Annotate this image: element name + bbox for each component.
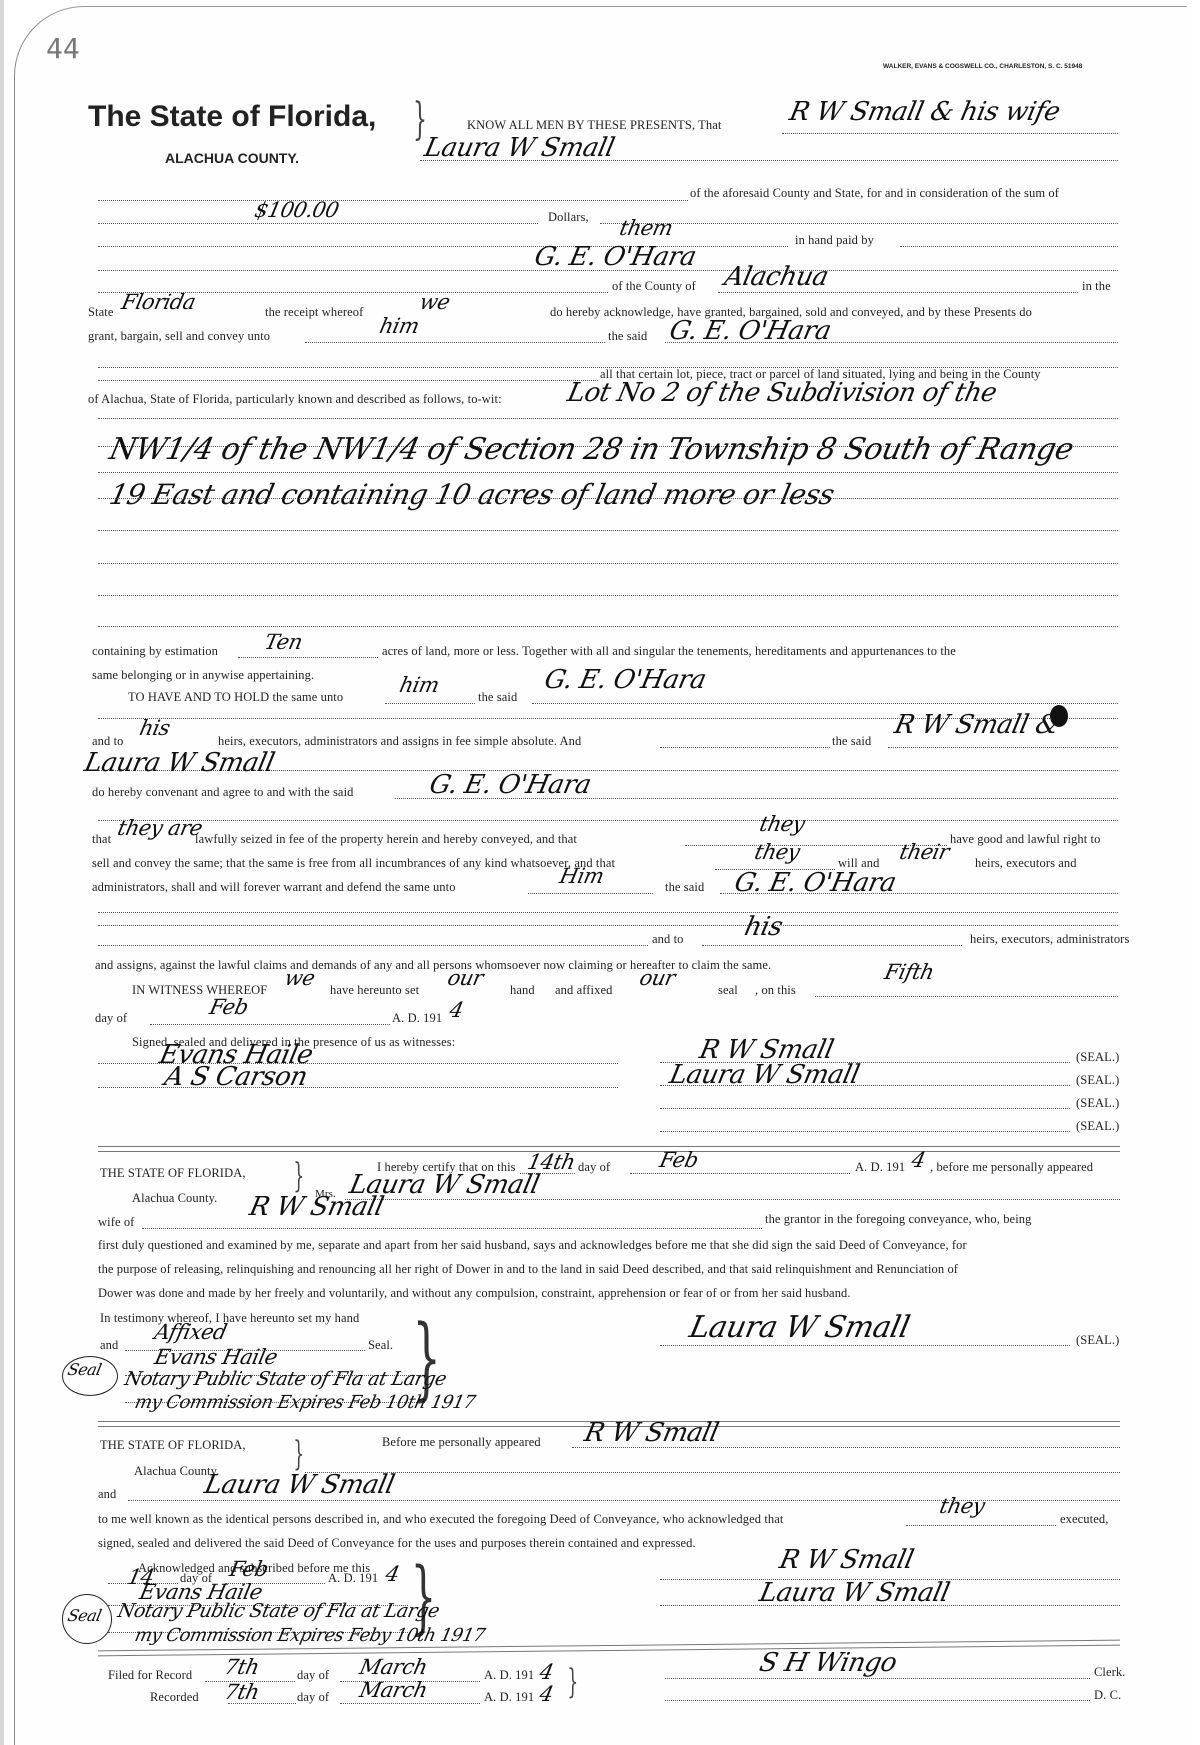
handwritten-said-grantor-2: Laura W Small [82, 748, 277, 778]
handwritten-affixed: Affixed [152, 1320, 228, 1344]
handwritten-recorded-month: March [357, 1678, 429, 1702]
text: Dollars, [548, 210, 589, 225]
brace: } [413, 94, 427, 145]
text: lawfully seized in fee of the property h… [195, 832, 577, 847]
handwritten-person-1: R W Small [582, 1418, 721, 1448]
handwritten-person-2: Laura W Small [202, 1470, 397, 1500]
text: Seal. [368, 1338, 393, 1353]
text: that [92, 832, 111, 847]
seal-label: (SEAL.) [1076, 1096, 1119, 1111]
handwritten-ack2-month: Feb [227, 1557, 270, 1581]
text: the said [608, 329, 647, 344]
handwritten-day: Fifth [882, 960, 936, 984]
seal-mark-text: Seal [66, 1360, 103, 1379]
text: day of [95, 1011, 127, 1026]
handwritten-him: him [377, 314, 421, 338]
text: State [88, 305, 114, 320]
text: signed, sealed and delivered the said De… [98, 1536, 696, 1551]
handwritten-grantee: G. E. O'Hara [532, 242, 699, 272]
handwritten-county: Alachua [722, 262, 831, 292]
text: acres of land, more or less. Together wi… [382, 644, 956, 659]
text: and affixed [555, 983, 612, 998]
deed-intro: KNOW ALL MEN BY THESE PRESENTS, That [467, 118, 721, 133]
handwritten-him-2: Him [557, 864, 606, 888]
text: same belonging or in anywise appertainin… [92, 668, 314, 683]
handwritten-we: we [417, 290, 452, 314]
text: to me well known as the identical person… [98, 1512, 784, 1527]
ack-county: Alachua County. [132, 1191, 217, 1206]
handwritten-them: them [617, 216, 674, 240]
clerk-signature: S H Wingo [757, 1648, 900, 1678]
text: Dower was done and made by her freely an… [98, 1286, 851, 1301]
handwritten-we-2: we [282, 966, 317, 990]
text: sell and convey the same; that the same … [92, 856, 615, 871]
handwritten-recorded-day: 7th [222, 1680, 261, 1704]
handwritten-legal-description-1: Lot No 2 of the Subdivision of the [565, 378, 999, 408]
text: have good and lawful right to [950, 832, 1100, 847]
text: grant, bargain, sell and convey unto [88, 329, 270, 344]
text: the grantor in the foregoing conveyance,… [765, 1212, 1031, 1227]
handwritten-filed-month: March [357, 1655, 429, 1679]
text: In testimony whereof, I have hereunto se… [100, 1311, 359, 1326]
deputy-clerk-label: D. C. [1094, 1688, 1121, 1703]
ink-blot [1050, 705, 1068, 727]
section-divider [98, 1151, 1120, 1152]
handwritten-estimation: Ten [262, 630, 304, 654]
witness-signature-2: A S Carson [162, 1062, 310, 1092]
text: the said [832, 734, 871, 749]
handwritten-grantors: R W Small & his wife [787, 97, 1063, 127]
recorded-label: Recorded [150, 1690, 199, 1705]
handwritten-legal-description-3: 19 East and containing 10 acres of land … [106, 478, 836, 511]
handwritten-state: Florida [119, 290, 197, 314]
brace: } [293, 1156, 304, 1196]
text: Before me personally appeared [382, 1435, 541, 1450]
scan-edge [0, 0, 4, 1745]
page-number: 44 [46, 32, 80, 65]
text: first duly questioned and examined by me… [98, 1238, 967, 1253]
text: , before me personally appeared [930, 1160, 1093, 1175]
text: in the [1082, 279, 1111, 294]
text: , on this [755, 983, 796, 998]
text: of the County of [612, 279, 696, 294]
handwritten-grantee-4: G. E. O'Hara [732, 868, 899, 898]
text: and to [92, 734, 124, 749]
handwritten-unto: him [397, 673, 441, 697]
filed-label: Filed for Record [108, 1668, 192, 1683]
text: in hand paid by [795, 233, 874, 248]
handwritten-husband: R W Small [247, 1192, 386, 1222]
text: heirs, executors and [975, 856, 1077, 871]
joint-signature-2: Laura W Small [757, 1578, 952, 1608]
text: hand [510, 983, 535, 998]
document-title: The State of Florida, [88, 100, 376, 134]
text: A. D. 191 [484, 1690, 534, 1705]
seal-label: (SEAL.) [1076, 1073, 1119, 1088]
text: heirs, executors, administrators [970, 932, 1129, 947]
handwritten-they-2: they [752, 840, 801, 864]
handwritten-ack-month: Feb [657, 1148, 700, 1172]
brace: } [293, 1434, 304, 1474]
text: day of [297, 1668, 329, 1683]
text: the said [478, 690, 517, 705]
text: of Alachua, State of Florida, particular… [88, 392, 502, 407]
text: executed, [1060, 1512, 1108, 1527]
text: and [98, 1487, 116, 1502]
seal-label: (SEAL.) [1076, 1119, 1119, 1134]
text: A. D. 191 [484, 1668, 534, 1683]
text: day of [578, 1160, 610, 1175]
text: administrators, shall and will forever w… [92, 880, 456, 895]
notary-title: Notary Public State of Fla at Large [123, 1368, 449, 1390]
handwritten-our-2: our [637, 966, 677, 990]
section-divider [98, 1146, 1120, 1147]
text: do hereby convenant and agree to and wit… [92, 785, 354, 800]
wife-signature: Laura W Small [686, 1310, 912, 1345]
text: day of [297, 1690, 329, 1705]
handwritten-they-1: they [757, 812, 806, 836]
handwritten-grantee-2: G. E. O'Hara [667, 316, 834, 346]
text: A. D. 191 [392, 1011, 442, 1026]
ack2-state: THE STATE OF FLORIDA, [100, 1438, 246, 1453]
notary2-commission: my Commission Expires Feby 10th 1917 [133, 1625, 487, 1646]
handwritten-they: they [937, 1494, 986, 1518]
grantor-signature-2: Laura W Small [667, 1060, 862, 1090]
text: the said [665, 880, 704, 895]
ack-state: THE STATE OF FLORIDA, [100, 1166, 246, 1181]
handwritten-grantor-2: Laura W Small [422, 133, 617, 163]
handwritten-his-2: his [742, 912, 785, 942]
handwritten-covenant-grantee: G. E. O'Hara [427, 770, 594, 800]
text: heirs, executors, administrators and ass… [218, 734, 581, 749]
seal-label: (SEAL.) [1076, 1333, 1119, 1348]
text: have hereunto set [330, 983, 419, 998]
text: the purpose of releasing, relinquishing … [98, 1262, 958, 1277]
printer-imprint: WALKER, EVANS & COGSWELL CO., CHARLESTON… [883, 63, 1082, 70]
notary2-title: Notary Public State of Fla at Large [116, 1600, 442, 1622]
brace: } [567, 1662, 578, 1702]
text: and to [652, 932, 684, 947]
handwritten-grantee-3: G. E. O'Hara [542, 665, 709, 695]
text: seal [718, 983, 738, 998]
handwritten-our-1: our [445, 966, 485, 990]
text: containing by estimation [92, 644, 218, 659]
handwritten-they-are: they are [115, 816, 204, 840]
text: and [100, 1338, 118, 1353]
joint-signature-1: R W Small [777, 1545, 916, 1575]
handwritten-amount: $100.00 [252, 198, 340, 222]
handwritten-month: Feb [207, 995, 250, 1019]
notary-name: Evans Haile [152, 1345, 279, 1369]
clerk-label: Clerk. [1094, 1665, 1126, 1680]
text: TO HAVE AND TO HOLD the same unto [128, 690, 343, 705]
handwritten-legal-description-2: NW1/4 of the NW1/4 of Section 28 in Town… [106, 432, 1076, 467]
text: the receipt whereof [265, 305, 363, 320]
text: A. D. 191 [328, 1571, 378, 1586]
handwritten-filed-day: 7th [222, 1655, 261, 1679]
handwritten-their: their [897, 840, 951, 864]
handwritten-his: his [137, 716, 172, 740]
seal-mark-text: Seal [66, 1606, 103, 1625]
seal-label: (SEAL.) [1076, 1050, 1119, 1065]
text: wife of [98, 1215, 134, 1230]
text: of the aforesaid County and State, for a… [690, 186, 1059, 201]
text: A. D. 191 [855, 1160, 905, 1175]
county-heading: ALACHUA COUNTY. [165, 150, 299, 166]
handwritten-said-grantor-1: R W Small & [892, 710, 1062, 740]
notary-commission: my Commission Expires Feb 10th 1917 [133, 1392, 477, 1413]
